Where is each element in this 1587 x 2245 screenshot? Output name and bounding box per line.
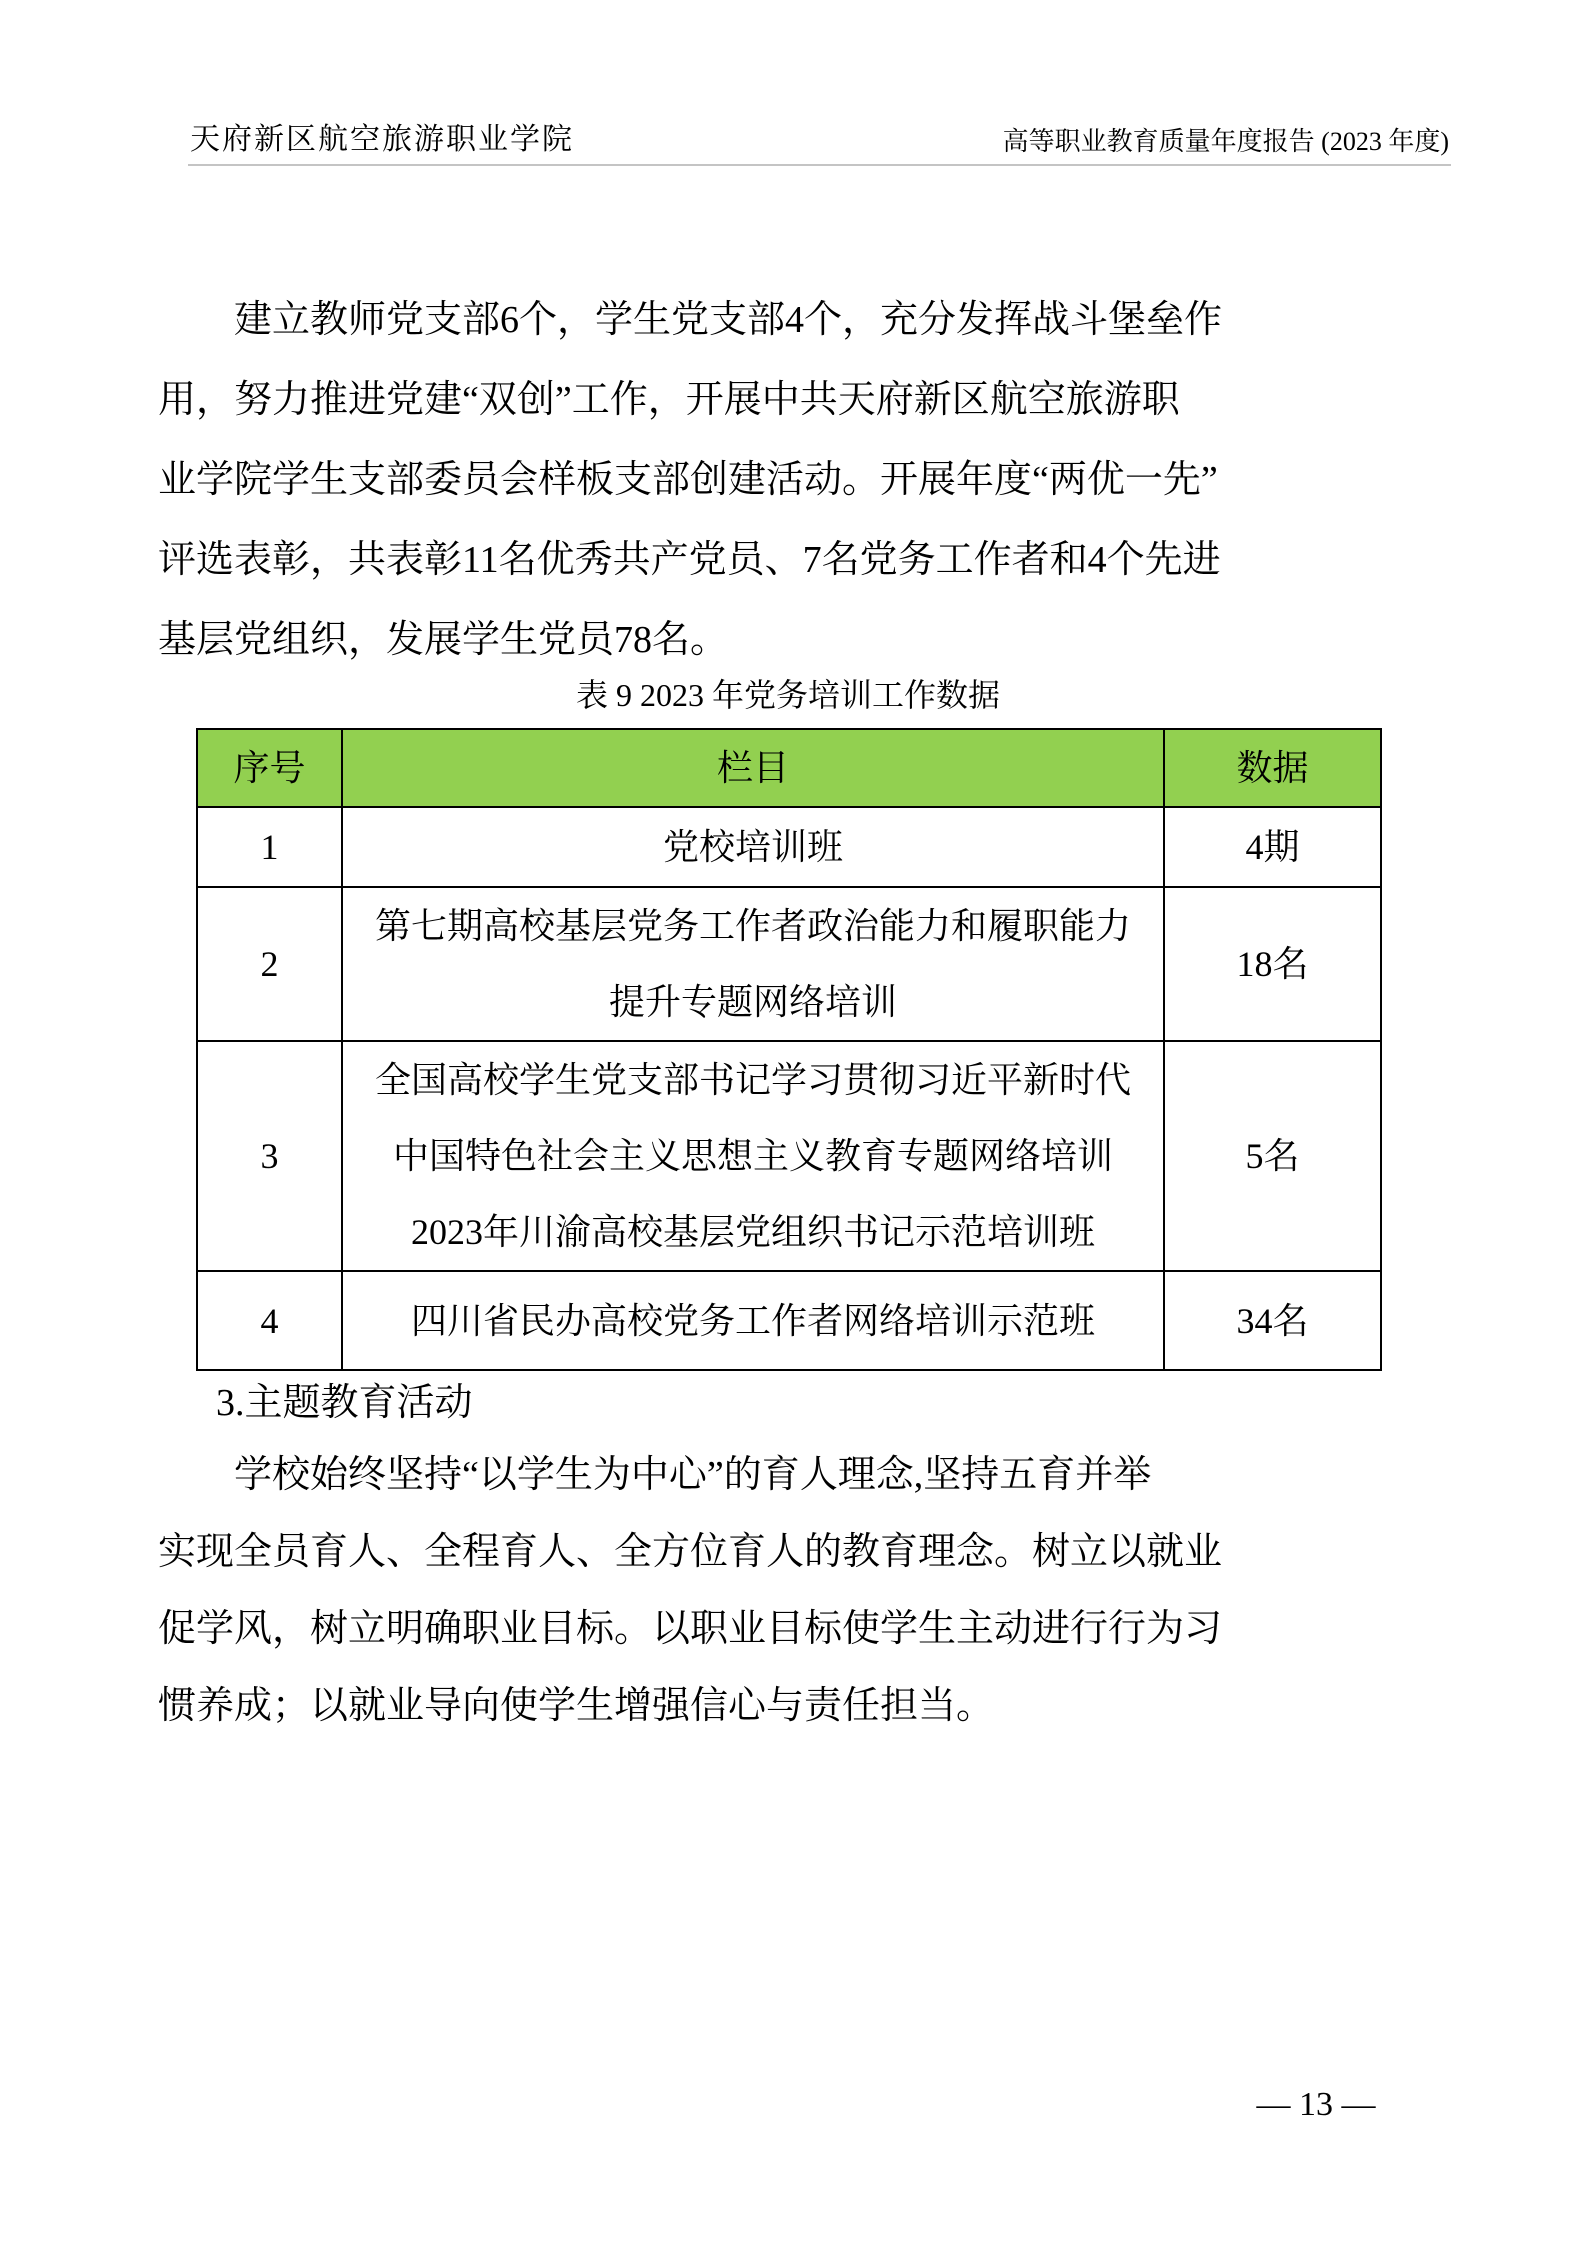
column-header-no: 序号 (197, 729, 342, 807)
party-training-data-table: 序号 栏目 数据 1 党校培训班 4期 2 第七期高校基层党务工作者政治能力和履… (196, 728, 1382, 1371)
cell-no: 2 (197, 887, 342, 1041)
column-header-item: 栏目 (342, 729, 1164, 807)
header-school-name: 天府新区航空旅游职业学院 (190, 118, 574, 162)
cell-no: 4 (197, 1271, 342, 1370)
table-header-row: 序号 栏目 数据 (197, 729, 1381, 807)
header-divider-line (188, 164, 1451, 166)
table-row: 3 全国高校学生党支部书记学习贯彻习近平新时代 中国特色社会主义思想主义教育专题… (197, 1041, 1381, 1271)
table-caption: 表 9 2023 年党务培训工作数据 (196, 670, 1380, 720)
cell-data: 34名 (1164, 1271, 1381, 1370)
paragraph-party-branches: 建立教师党支部6个，学生党支部4个，充分发挥战斗堡垒作 用，努力推进党建“双创”… (158, 280, 1454, 680)
cell-no: 3 (197, 1041, 342, 1271)
section-heading-theme-education: 3.主题教育活动 (158, 1363, 1454, 1443)
cell-item: 四川省民办高校党务工作者网络培训示范班 (342, 1271, 1164, 1370)
paragraph-theme-education: 学校始终坚持“以学生为中心”的育人理念,坚持五育并举 实现全员育人、全程育人、全… (158, 1437, 1454, 1745)
cell-data: 4期 (1164, 807, 1381, 887)
cell-no: 1 (197, 807, 342, 887)
document-page: 天府新区航空旅游职业学院 高等职业教育质量年度报告 (2023 年度) 建立教师… (0, 0, 1587, 2245)
cell-item: 第七期高校基层党务工作者政治能力和履职能力 提升专题网络培训 (342, 887, 1164, 1041)
cell-data: 18名 (1164, 887, 1381, 1041)
table-row: 4 四川省民办高校党务工作者网络培训示范班 34名 (197, 1271, 1381, 1370)
cell-data: 5名 (1164, 1041, 1381, 1271)
table-row: 2 第七期高校基层党务工作者政治能力和履职能力 提升专题网络培训 18名 (197, 887, 1381, 1041)
cell-item: 全国高校学生党支部书记学习贯彻习近平新时代 中国特色社会主义思想主义教育专题网络… (342, 1041, 1164, 1271)
table-row: 1 党校培训班 4期 (197, 807, 1381, 887)
cell-item: 党校培训班 (342, 807, 1164, 887)
page-number: — 13 — (1200, 2082, 1432, 2128)
column-header-data: 数据 (1164, 729, 1381, 807)
header-report-title: 高等职业教育质量年度报告 (2023 年度) (1003, 124, 1449, 160)
